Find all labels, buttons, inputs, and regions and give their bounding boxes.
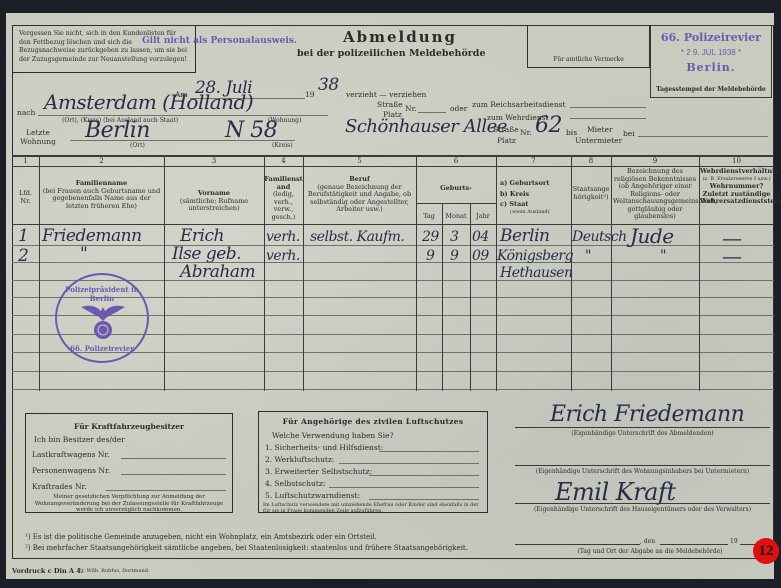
last-number-value: 62 [535, 113, 562, 138]
footer-form-id: Vordruck c Din A 4. [12, 568, 83, 575]
row1-geburtsort: Berlin [500, 226, 550, 246]
header-familienstand: Familienstand (ledig, verh., verw., gesc… [264, 176, 303, 221]
stamp-line-city: Berlin. [651, 61, 771, 74]
date-year-prefix: 19 [730, 538, 738, 545]
last-street-value: Schönhauser Allee [345, 116, 507, 137]
colnum-7: 7 [496, 157, 571, 165]
header-familienname-desc: (bei Frauen auch Geburtsname und gegeben… [41, 188, 162, 211]
mover-signature-caption: (Eigenhändige Unterschrift des Abmeldend… [515, 430, 770, 437]
row2-geburtsort: Königsberg [497, 248, 573, 264]
row2-vorname-2: Abraham [180, 262, 255, 282]
footnote-2: ²) Bei mehrfacher Staatsangehörigkeit sä… [25, 544, 468, 553]
header-geburtsort-c-note: (wenn Ausland) [500, 209, 570, 217]
oder-label: oder [450, 104, 467, 113]
row2-staatsangehoerigkeit: " [585, 248, 591, 264]
reichsarbeitsdienst-label: zum Reichsarbeitsdienst [472, 100, 566, 109]
air-defense-item-5: 5. Luftschutzwarndienst: [265, 491, 360, 500]
eagle-emblem-icon [79, 299, 127, 341]
colnum-1: 1 [12, 157, 39, 165]
bei-label: bei [623, 129, 635, 138]
row1-familienname: Friedemann [42, 226, 142, 246]
last-nr-label: Nr. [520, 128, 532, 137]
header-familienname: Familienname (bei Frauen auch Geburtsnam… [41, 180, 162, 210]
colnum-4: 4 [264, 157, 303, 165]
footer-printer: Fr. Wilh. Ruhfus, Dortmund. [78, 568, 150, 575]
colnum-3: 3 [164, 157, 264, 165]
header-geburtsort-b: b) Kreis [500, 191, 570, 199]
header-tag: Tag [416, 213, 442, 221]
row1-beruf: selbst. Kaufm. [310, 229, 404, 245]
row2-familienstand: verh. [266, 248, 300, 264]
nr-label: Nr. [405, 104, 417, 113]
air-defense-item-1: 1. Sicherheits- und Hilfsdienst: [265, 443, 383, 452]
mover-signature: Erich Friedemann [550, 402, 744, 427]
header-lfd-nr: Lfd. Nr. [14, 190, 37, 205]
vehicle-box-owner-line: Ich bin Besitzer des/der [34, 435, 125, 444]
police-seal: Polizeipräsident in Berlin 66. Polizeire… [55, 273, 149, 363]
page-number-badge: 12 [753, 538, 779, 564]
row1-familienstand: verh. [266, 229, 300, 245]
header-wehrdienst: Wehrdienstverhältnis, (z. B. Ersatzreser… [700, 168, 773, 206]
header-geburtsort: a) Geburtsort b) Kreis c) Staat (wenn Au… [500, 180, 570, 216]
header-monat: Monat [442, 213, 470, 221]
header-geburts: Geburts- [416, 185, 496, 193]
ort-caption: (Ort) [130, 142, 145, 149]
form-subtitle: bei der polizeilichen Meldebehörde [297, 48, 486, 59]
row2-vorname: Ilse geb. [172, 244, 241, 264]
year-prefix: 19 [305, 90, 315, 99]
kreis-caption: (Kreis) [272, 142, 293, 149]
stamp-line-revier: 66. Polizeirevier [651, 31, 771, 44]
row2-geburtsort-2: Hethausen [500, 265, 573, 281]
air-defense-item-2: 2. Werkluftschutz: [265, 455, 334, 464]
stamp-caption: Tagesstempel der Meldebehörde [651, 86, 771, 93]
header-staatsangehoerigkeit: Staatsangehörigkeit²) [572, 186, 610, 201]
colnum-8: 8 [571, 157, 611, 165]
stamp-line-date: * 2 9. JUL 1938 * [651, 48, 771, 57]
header-wehrdienst-d: Zuletzt zuständige Wehrersatzdienststell… [700, 191, 773, 206]
official-notes-box: Für amtliche Vermerke [527, 25, 650, 68]
vehicle-car-label: Personenwagens Nr. [32, 466, 110, 475]
move-year: 38 [318, 75, 339, 95]
row2-nr: 2 [18, 246, 28, 266]
seal-bottom-text: 66. Polizeirevier [63, 344, 141, 353]
personalausweis-stamp-text: Gilt nicht als Personalausweis. [142, 36, 297, 46]
vehicle-motorcycle-label: Kraftrades Nr. [32, 482, 87, 491]
last-strasse-label: Straße [493, 125, 519, 134]
landlord-signature-caption: (Eigenhändige Unterschrift des Wohnungsi… [515, 468, 770, 475]
row2-jahr: 09 [472, 248, 489, 264]
den-label: , den [640, 538, 655, 545]
vehicle-owner-box: Für Kraftfahrzeugbesitzer Ich bin Besitz… [25, 413, 233, 513]
header-vorname: Vorname (sämtliche; Rufname unterstreich… [166, 190, 262, 213]
air-defense-item-4: 4. Selbstschutz: [265, 479, 325, 488]
row2-bekenntnis: " [660, 248, 666, 264]
colnum-5: 5 [303, 157, 416, 165]
destination-value: Amsterdam (Holland) [44, 90, 253, 114]
colnum-2: 2 [39, 157, 164, 165]
vehicle-box-title: Für Kraftfahrzeugbesitzer [26, 422, 232, 431]
header-vorname-desc: (sämtliche; Rufname unterstreichen) [166, 198, 262, 213]
vehicle-box-note: Meiner gesetzlichen Verpflichtung zur An… [32, 494, 226, 514]
air-defense-box: Für Angehörige des zivilen Luftschutzes … [258, 411, 488, 513]
nach-label: nach [17, 108, 35, 117]
form-title: Abmeldung [343, 28, 457, 46]
header-familienstand-title: Familienstand [264, 176, 303, 191]
vehicle-truck-label: Lastkraftwagens Nr. [32, 450, 110, 459]
air-defense-item-3: 3. Erweiterter Selbstschutz: [265, 467, 372, 476]
mieter-label: Mieter [587, 125, 613, 134]
official-notes-label: Für amtliche Vermerke [528, 56, 649, 63]
footnote-1: ¹) Es ist die politische Gemeinde anzuge… [25, 533, 377, 542]
header-jahr: Jahr [470, 213, 496, 221]
row2-tag: 9 [426, 248, 434, 264]
last-residence-label: Letzte Wohnung [18, 128, 58, 146]
header-familienstand-desc: (ledig, verh., verw., gesch.) [264, 191, 303, 221]
row2-familienname: " [80, 244, 87, 264]
untermieter-label: Untermieter [575, 136, 622, 145]
air-defense-note: Im Luftschutz verwendete mit umziehende … [263, 502, 483, 514]
strasse-label: Straße [377, 100, 403, 109]
header-bekenntnis: Bezeichnung des religiösen Bekenntnisses… [613, 168, 697, 221]
owner-signature: Emil Kraft [555, 478, 676, 506]
row1-vorname: Erich [180, 226, 224, 246]
row2-wehrdienst: — [722, 244, 742, 268]
row1-tag: 29 [422, 229, 439, 245]
row1-nr: 1 [18, 226, 28, 246]
header-wehrdienst-a: Wehrdienstverhältnis, [700, 168, 773, 176]
air-defense-title: Für Angehörige des zivilen Luftschutzes [259, 417, 487, 426]
date-caption: (Tag und Ort der Abgabe an die Meldebehö… [560, 548, 740, 555]
colnum-9: 9 [611, 157, 699, 165]
header-geburtsort-a: a) Geburtsort [500, 180, 570, 188]
header-geburtsort-c: c) Staat [500, 201, 570, 209]
row1-staatsangehoerigkeit: Deutsch [572, 229, 627, 245]
row1-monat: 3 [450, 229, 458, 245]
date-stamp-box: 66. Polizeirevier * 2 9. JUL 1938 * Berl… [650, 25, 772, 98]
reminder-box: Vergessen Sie nicht, sich in den Kundenl… [12, 25, 196, 73]
row1-jahr: 04 [472, 229, 489, 245]
owner-signature-caption: (Eigenhändige Unterschrift des Hauseigen… [515, 506, 770, 513]
colnum-10: 10 [699, 157, 774, 165]
header-beruf: Beruf (genaue Bezeichnung der Berufstäti… [305, 176, 414, 214]
air-defense-question: Welche Verwendung haben Sie? [272, 431, 394, 440]
colnum-6: 6 [416, 157, 496, 165]
header-beruf-desc: (genaue Bezeichnung der Berufstätigkeit … [305, 184, 414, 214]
verzieht-label: verzieht — verziehen [346, 90, 426, 99]
row2-monat: 9 [450, 248, 458, 264]
last-platz-label: Platz [497, 136, 516, 145]
row1-bekenntnis: Jude [630, 224, 674, 248]
